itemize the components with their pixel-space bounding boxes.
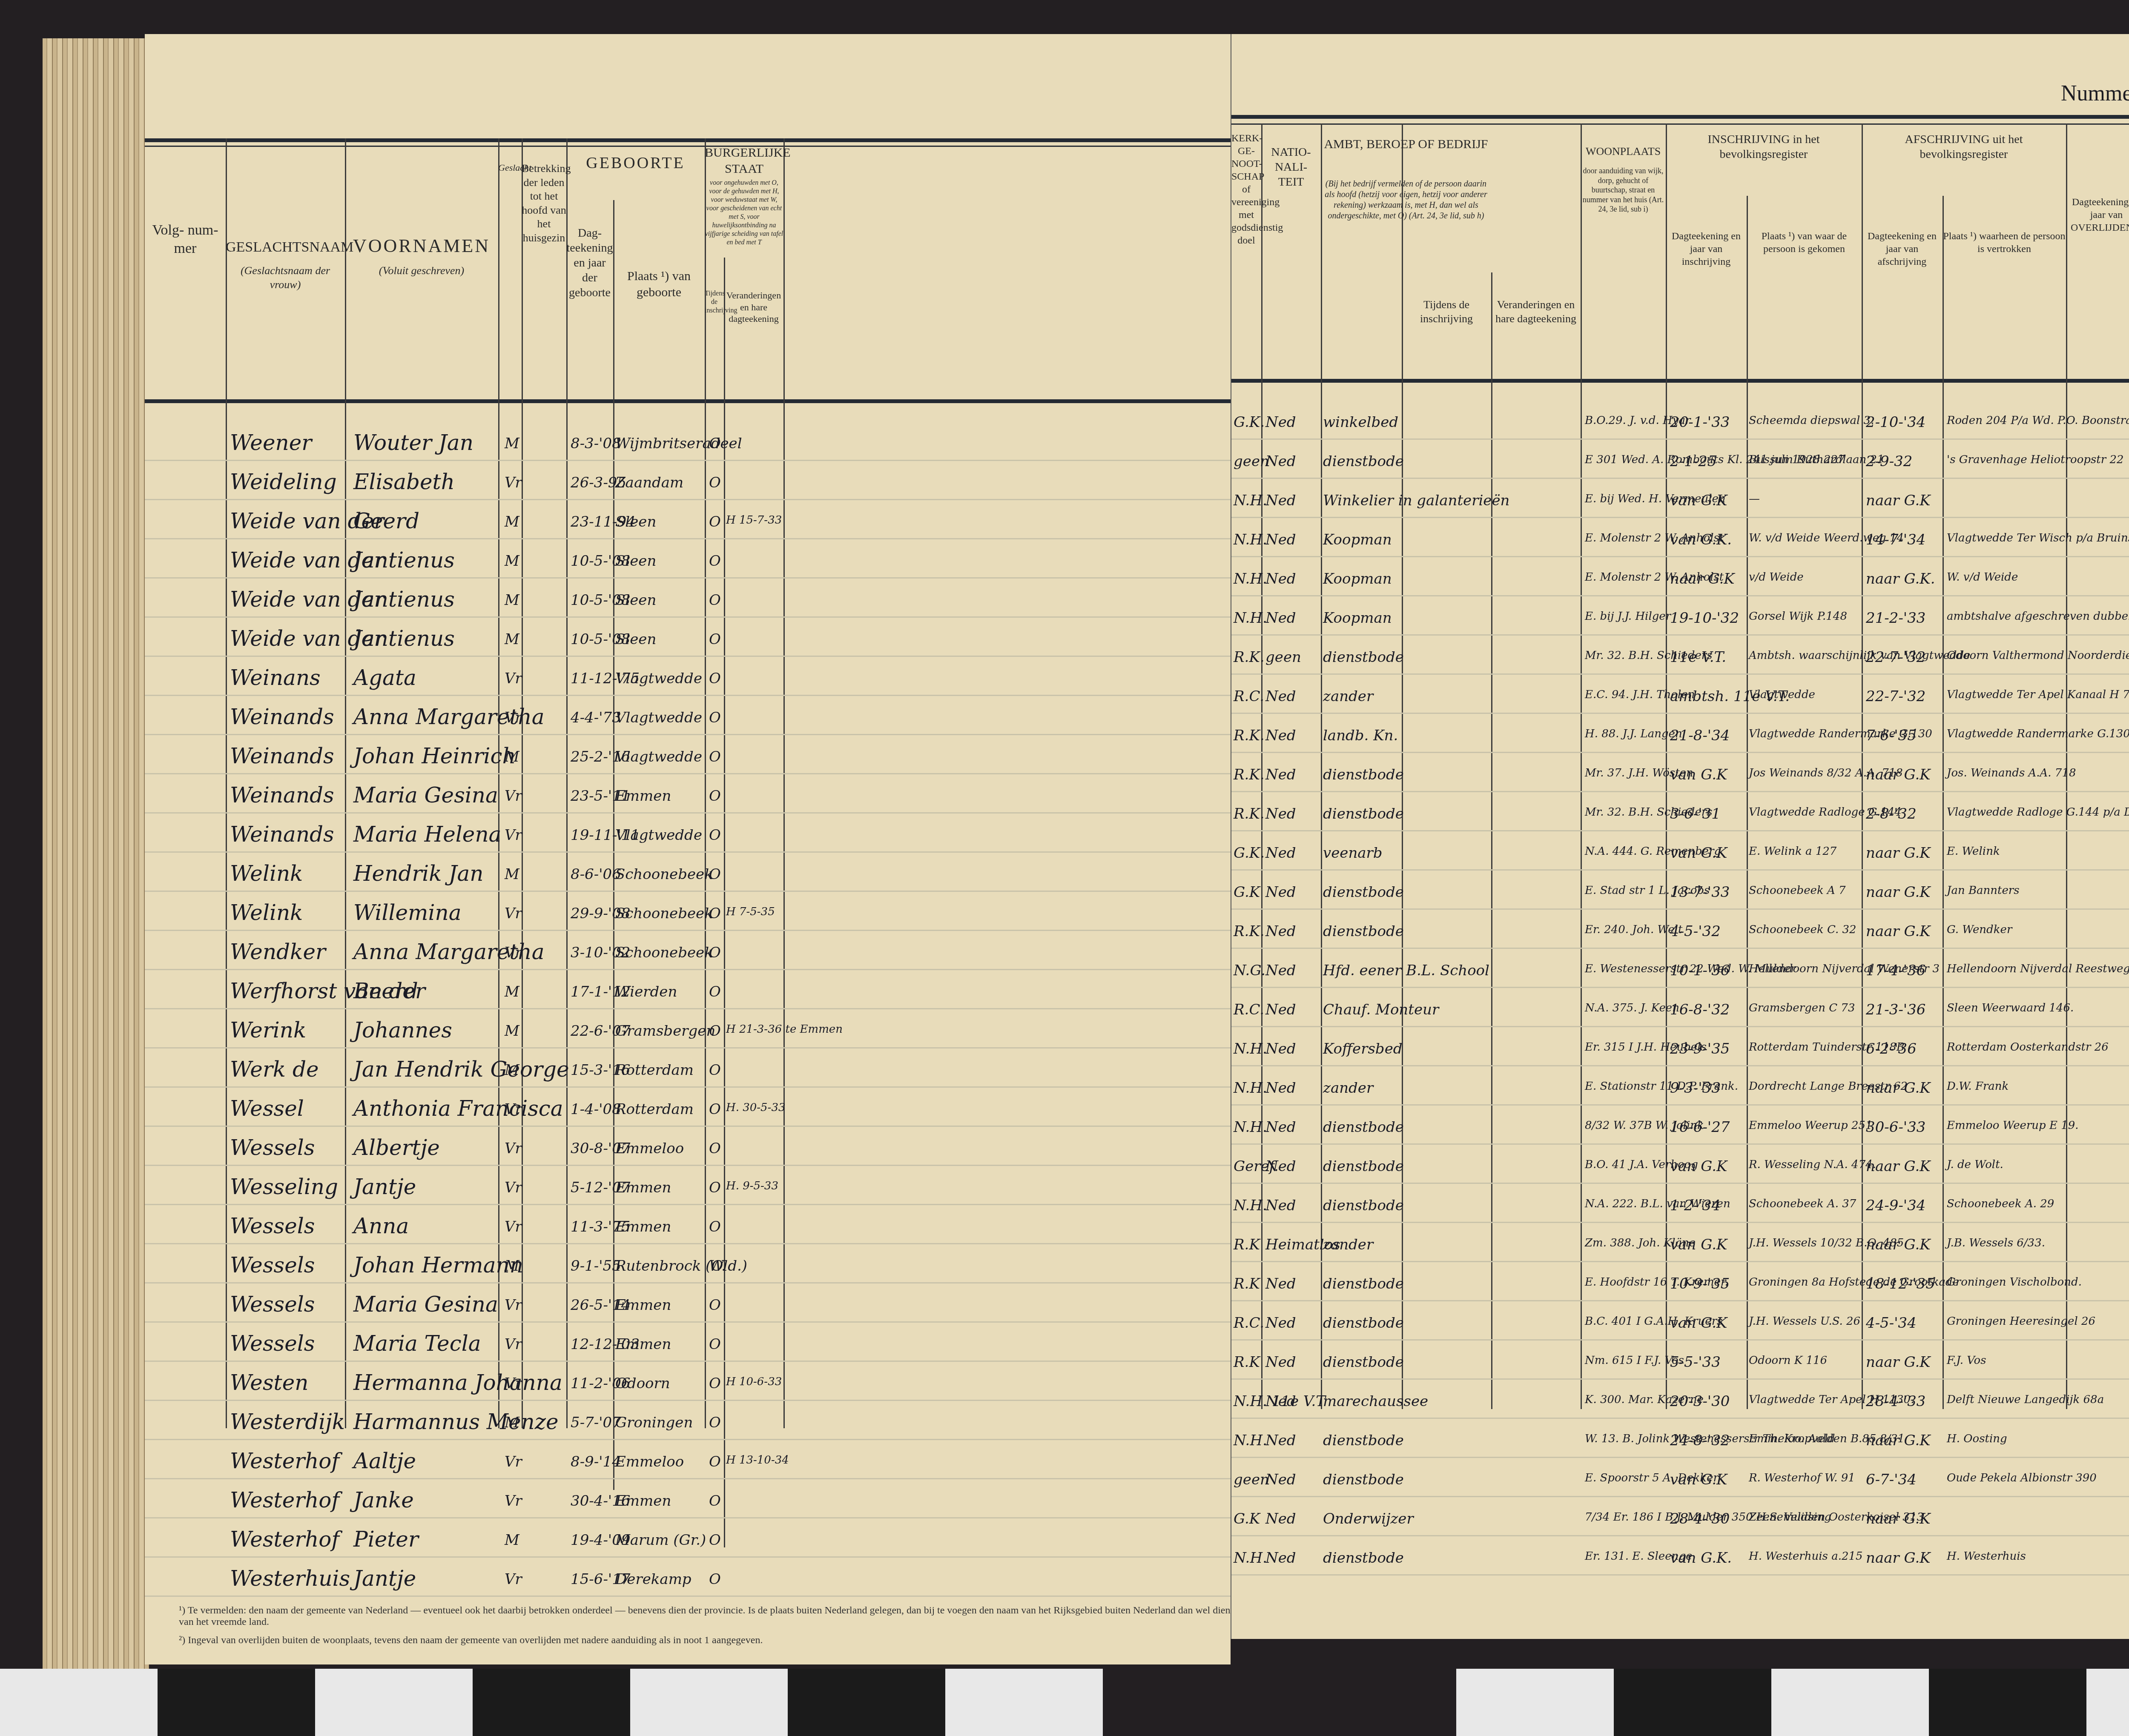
- cell-out-date: 2-8-'32: [1866, 807, 1917, 821]
- cell-from: —: [1749, 493, 1760, 504]
- cell-to: W. v/d Weide: [1947, 572, 2018, 583]
- cell-civil: O: [709, 632, 721, 647]
- cell-birthplace: Schoonebeek: [615, 906, 713, 921]
- cell-sex: Vr: [505, 1572, 522, 1587]
- cell-civil: O: [709, 515, 721, 529]
- cell-surname: Weideling: [230, 471, 337, 493]
- col10-header: KERK- GE- NOOT- SCHAP of vereeniging met…: [1231, 132, 1261, 247]
- row-line: [1231, 673, 2129, 675]
- cell-civil-change: H 7-5-35: [726, 906, 775, 917]
- cell-birthplace: Sleen: [615, 554, 656, 568]
- row-line: [145, 851, 1231, 853]
- footnote-2: ²) Ingeval van overlijden buiten de woon…: [179, 1635, 763, 1646]
- cell-in-date: van G.K.: [1670, 1551, 1732, 1565]
- row-line: [145, 891, 1231, 892]
- cell-birthplace: Wijmbritseradeel: [615, 436, 742, 451]
- cell-in-date: van G.K: [1670, 1316, 1727, 1330]
- cell-civil: O: [709, 554, 721, 568]
- cell-sex: M: [505, 1259, 519, 1273]
- cell-in-date: van G.K: [1670, 846, 1727, 860]
- cell-given: Johannes: [353, 1020, 452, 1041]
- cell-birthplace: Sleen: [615, 515, 656, 529]
- cell-church: R.K: [1234, 1355, 1260, 1369]
- cell-given: Jantje: [353, 1176, 416, 1197]
- cell-occupation: dienstbode: [1323, 885, 1404, 900]
- cell-church: R.C.: [1234, 1316, 1264, 1330]
- cell-civil: O: [709, 593, 721, 607]
- col-divider: [345, 138, 346, 1428]
- cell-occupation: dienstbode: [1323, 454, 1404, 469]
- cell-birthplace: Schoonebeek: [615, 867, 713, 882]
- cell-occupation: dienstbode: [1323, 807, 1404, 821]
- cell-out-date: 2-10-'34: [1866, 415, 1925, 430]
- cell-in-date: van G.K: [1670, 493, 1727, 508]
- cell-to: Roden 204 P/a Wd. P.O. Boonstra: [1947, 415, 2129, 426]
- cell-occupation: zander: [1323, 1238, 1373, 1252]
- cell-surname: Weinands: [230, 706, 334, 728]
- cell-occupation: dienstbode: [1323, 924, 1404, 939]
- col2-header: GESLACHTSNAAM: [226, 238, 345, 257]
- cell-church: N.G.: [1234, 963, 1265, 978]
- cell-sex: Vr: [505, 1141, 522, 1156]
- row-line: [145, 1282, 1231, 1283]
- cell-nat: Ned: [1265, 533, 1296, 547]
- row-line: [1231, 1535, 2129, 1536]
- cell-in-date: 4-5-'32: [1670, 924, 1721, 939]
- row-line: [1231, 1574, 2129, 1576]
- cell-civil: O: [709, 1102, 721, 1117]
- cell-out-date: naar G.K: [1866, 768, 1931, 782]
- cell-sex: M: [505, 1063, 519, 1077]
- col1-header: Volg- num- mer: [145, 221, 226, 258]
- row-line: [1231, 987, 2129, 988]
- col14-subheader: door aanduiding van wijk, dorp, gehucht …: [1581, 166, 1666, 214]
- cell-civil-change: H 15-7-33: [726, 515, 782, 526]
- row-line: [1231, 1378, 2129, 1380]
- cell-to: Vlagtwedde Ter Wisch p/a Bruins: [1947, 533, 2129, 544]
- row-line: [1231, 1143, 2129, 1145]
- cell-nat: Ned: [1265, 963, 1296, 978]
- cell-nat: Ned: [1265, 1277, 1296, 1291]
- cell-civil-change: H 21-3-36 te Emmen: [726, 1024, 843, 1035]
- cell-given: Maria Tecla: [353, 1333, 481, 1354]
- row-line: [145, 734, 1231, 735]
- cell-birthplace: Emmeloo: [615, 1455, 684, 1469]
- cell-out-date: naar G.K: [1866, 1433, 1931, 1448]
- cell-church: N.H.: [1234, 493, 1267, 508]
- cell-nat: Ned: [1265, 572, 1296, 586]
- col8-header: Tijdens de inschrijving: [705, 289, 724, 315]
- cell-out-date: 4-5-'34: [1866, 1316, 1917, 1330]
- cell-civil: O: [709, 1455, 721, 1469]
- cell-sex: M: [505, 985, 519, 999]
- cell-occupation: zander: [1323, 1081, 1373, 1095]
- cell-sex: M: [505, 867, 519, 882]
- cell-given: Elisabeth: [353, 471, 455, 493]
- cell-birthplace: Sleen: [615, 632, 656, 647]
- cell-occupation: zander: [1323, 689, 1373, 704]
- cell-given: Agata: [353, 667, 416, 688]
- cell-born: 1-4-'08: [571, 1102, 621, 1117]
- cell-birthplace: Emmeloo: [615, 1141, 684, 1156]
- cell-surname: Wessel: [230, 1098, 304, 1119]
- cell-out-date: naar G.K: [1866, 493, 1931, 508]
- cell-civil-change: H. 30-5-33: [726, 1102, 785, 1113]
- cell-birthplace: Emmen: [615, 1298, 671, 1312]
- row-line: [145, 1165, 1231, 1166]
- cell-from: Gramsbergen C 73: [1749, 1003, 1855, 1014]
- row-line: [1231, 830, 2129, 831]
- cell-out-date: naar G.K: [1866, 885, 1931, 900]
- cell-civil: O: [709, 1494, 721, 1508]
- col-divider: [1862, 123, 1863, 1409]
- cell-given: Janke: [353, 1490, 414, 1511]
- cell-church: R.K: [1234, 1238, 1260, 1252]
- cell-from: Odoorn K 116: [1749, 1355, 1827, 1366]
- row-line: [1231, 1457, 2129, 1458]
- row-line: [1231, 556, 2129, 557]
- cell-surname: Wessels: [230, 1333, 315, 1354]
- cell-occupation: veenarb: [1323, 846, 1383, 860]
- cell-in-date: 10-1-'36: [1670, 963, 1730, 978]
- cell-sex: Vr: [505, 828, 522, 842]
- cell-to: J. de Wolt.: [1947, 1159, 2003, 1170]
- cell-from: Ambtsh. waarschijnlijk van Vlagtwedde: [1749, 650, 1971, 661]
- cell-in-date: van G.K: [1670, 1472, 1727, 1487]
- cell-in-date: 16-8-'32: [1670, 1003, 1730, 1017]
- col-divider: [498, 138, 499, 1428]
- col-divider: [1581, 123, 1582, 1409]
- cell-in-date: 23-9-'35: [1670, 1042, 1730, 1056]
- cell-in-date: 20-3-'30: [1670, 1394, 1730, 1409]
- row-line: [145, 1321, 1231, 1323]
- cell-to: ambtshalve afgeschreven dubbel in bevolk…: [1947, 611, 2129, 622]
- cell-to: Groningen Heeresingel 26: [1947, 1316, 2095, 1327]
- row-line: [145, 773, 1231, 774]
- cell-in-date: 3-6-'31: [1670, 807, 1721, 821]
- col12-header: Tijdens de inschrijving: [1402, 298, 1491, 326]
- cell-sex: M: [505, 750, 519, 764]
- cell-occupation: dienstbode: [1323, 1316, 1404, 1330]
- cell-church: N.H.: [1234, 611, 1267, 625]
- calibration-scale-left: [0, 1669, 1103, 1736]
- row-line: [1231, 869, 2129, 871]
- cell-nat: Ned: [1265, 415, 1296, 430]
- cell-out-date: 24-9-'34: [1866, 1198, 1925, 1213]
- cell-from: Schoonebeek A. 37: [1749, 1198, 1856, 1209]
- book-page-edges: [43, 38, 149, 1669]
- cell-to: Delft Nieuwe Langedijk 68a: [1947, 1394, 2104, 1405]
- calibration-scale-right: [1456, 1669, 2129, 1736]
- cell-birthplace: Sleen: [615, 593, 656, 607]
- cell-to: F.J. Vos: [1947, 1355, 1986, 1366]
- cell-civil: O: [709, 945, 721, 960]
- cell-from: Gorsel Wijk P.148: [1749, 611, 1847, 622]
- cell-from: Bussum Ruthardlaan 21: [1749, 454, 1884, 465]
- cell-civil: O: [709, 750, 721, 764]
- cell-civil: O: [709, 1141, 721, 1156]
- cell-born: 8-3-'08: [571, 436, 621, 451]
- cell-sex: Vr: [505, 1180, 522, 1195]
- row-line: [145, 538, 1231, 539]
- cell-nat: Ned: [1265, 454, 1296, 469]
- cell-in-date: 11e V.T.: [1670, 650, 1726, 665]
- row-line: [145, 1126, 1231, 1127]
- cell-born: 5-7-'07: [571, 1415, 621, 1430]
- cell-out-date: 30-6-'33: [1866, 1120, 1925, 1134]
- col9-header: Veranderingen en hare dagteekening: [724, 289, 783, 325]
- cell-surname: Weinands: [230, 785, 334, 806]
- cell-born: 4-4-'73: [571, 710, 621, 725]
- row-line: [1231, 1026, 2129, 1027]
- cell-sex: M: [505, 1415, 519, 1430]
- cell-birthplace: Emmen: [615, 1337, 671, 1352]
- header-top-rule: [145, 138, 1231, 142]
- cell-out-date: 6-2-'36: [1866, 1042, 1917, 1056]
- col-divider: [783, 138, 785, 1428]
- cell-from: R. Wesseling N.A. 474.: [1749, 1159, 1876, 1170]
- cell-surname: Weener: [230, 432, 312, 453]
- row-line: [145, 1243, 1231, 1244]
- cell-nat: Ned: [1265, 611, 1296, 625]
- row-line: [145, 616, 1231, 618]
- cell-nat: Ned: [1265, 1316, 1296, 1330]
- cell-to: Jan Bannters: [1947, 885, 2020, 896]
- row-line: [145, 1517, 1231, 1518]
- cell-surname: Westerhof: [230, 1529, 339, 1550]
- cell-occupation: dienstbode: [1323, 1159, 1404, 1174]
- cell-out-date: naar G.K: [1866, 1355, 1931, 1369]
- cell-given: Johan Hermann: [353, 1255, 523, 1276]
- cell-sex: Vr: [505, 1337, 522, 1352]
- col17-header: Dagteekening en jaar van afschrijving: [1862, 230, 1942, 268]
- cell-given: Jantje: [353, 1568, 416, 1589]
- row-line: [145, 812, 1231, 814]
- cell-birthplace: Vlagtwedde: [615, 750, 702, 764]
- footnote-1: ¹) Te vermelden: den naam der gemeente v…: [179, 1605, 1231, 1628]
- cell-nat: Ned: [1265, 493, 1296, 508]
- cell-surname: Wessels: [230, 1294, 315, 1315]
- cell-occupation: dienstbode: [1323, 1433, 1404, 1448]
- row-line: [1231, 634, 2129, 636]
- cell-from: E. Welink a 127: [1749, 846, 1836, 857]
- cell-nat: Ned: [1265, 1512, 1296, 1526]
- cell-given: Albertje: [353, 1137, 440, 1158]
- cell-occupation: Koopman: [1323, 533, 1392, 547]
- row-line: [145, 969, 1231, 970]
- cell-to: Vlagtwedde Radloge G.144 p/a De Breuil A…: [1947, 807, 2129, 818]
- row-line: [1231, 1183, 2129, 1184]
- cell-occupation: dienstbode: [1323, 1551, 1404, 1565]
- cell-in-date: 24-8-'32: [1670, 1433, 1730, 1448]
- cell-civil: O: [709, 828, 721, 842]
- cell-surname: Werk de: [230, 1059, 319, 1080]
- row-line: [145, 656, 1231, 657]
- cell-surname: Westerdijk: [230, 1411, 345, 1432]
- row-line: [1231, 1339, 2129, 1341]
- header-top-rule-thin: [145, 146, 1231, 147]
- cell-out-date: 7-6-'35: [1866, 728, 1917, 743]
- cell-to: Odoorn Valthermond Noorderdiep: [1947, 650, 2129, 661]
- cell-church: R.K.: [1234, 807, 1265, 821]
- row-line: [1231, 908, 2129, 910]
- row-line: [1231, 1496, 2129, 1497]
- cell-birthplace: Emmen: [615, 1494, 671, 1508]
- col6-header: Dag- teekening en jaar der geboorte: [566, 226, 613, 300]
- cell-out-date: naar G.K: [1866, 924, 1931, 939]
- row-line: [145, 1086, 1231, 1088]
- cell-out-date: 28-4-'33: [1866, 1394, 1925, 1409]
- cell-occupation: Winkelier in galanterieën: [1323, 493, 1509, 508]
- row-line: [1231, 791, 2129, 792]
- cell-out-date: naar G.K: [1866, 1238, 1931, 1252]
- cell-surname: Wessels: [230, 1137, 315, 1158]
- cell-church: N.H.: [1234, 1551, 1267, 1565]
- cell-sex: Vr: [505, 476, 522, 490]
- col16-header: Plaats ¹) van waar de persoon is gekomen: [1747, 230, 1862, 255]
- row-line: [1231, 1104, 2129, 1106]
- ambt-note: (Bij het bedrijf vermelden of de persoon…: [1321, 179, 1491, 221]
- cell-civil: O: [709, 985, 721, 999]
- cell-occupation: dienstbode: [1323, 1355, 1404, 1369]
- col3-subheader: (Voluit geschreven): [345, 264, 498, 278]
- cell-occupation: Hfd. eener B.L. School: [1323, 963, 1489, 978]
- cell-from: Emmeloo Weerup 251: [1749, 1120, 1873, 1131]
- cell-in-date: 13-7-'33: [1670, 885, 1730, 900]
- cell-civil: O: [709, 1572, 721, 1587]
- cell-occupation: dienstbode: [1323, 1120, 1404, 1134]
- cell-nat: Ned: [1265, 1551, 1296, 1565]
- row-line: [1231, 517, 2129, 518]
- cell-church: R.C.: [1234, 689, 1264, 704]
- cell-from: Scheemda diepswal 3.: [1749, 415, 1874, 426]
- cell-nat: Ned: [1265, 1042, 1296, 1056]
- cell-nat: Ned: [1265, 1433, 1296, 1448]
- cell-from: R. Westerhof W. 91: [1749, 1472, 1855, 1484]
- cell-nat: Ned: [1265, 1081, 1296, 1095]
- cell-in-date: 9-3-'33: [1670, 1081, 1721, 1095]
- col18-header: Plaats ¹) waarheen de persoon is vertrok…: [1942, 230, 2066, 255]
- col3-header: VOORNAMEN: [345, 234, 498, 258]
- cell-sex: Vr: [505, 1298, 522, 1312]
- cell-given: Willemina: [353, 902, 462, 923]
- cell-civil-change: H 10-6-33: [726, 1376, 782, 1387]
- cell-to: 's Gravenhage Heliotroopstr 22: [1947, 454, 2124, 465]
- col2-subheader: (Geslachtsnaam der vrouw): [226, 264, 345, 292]
- cell-given: Maria Gesina: [353, 785, 498, 806]
- cell-birthplace: Rotterdam: [615, 1063, 694, 1077]
- cell-surname: Weinands: [230, 824, 334, 845]
- cell-church: geen: [1234, 1472, 1269, 1487]
- cell-birthplace: Wierden: [615, 985, 677, 999]
- cell-given: Wouter Jan: [353, 432, 473, 453]
- cell-church: G.K.: [1234, 415, 1265, 430]
- cell-surname: Weinans: [230, 667, 321, 688]
- col-divider: [226, 138, 227, 1428]
- cell-occupation: landb. Kn.: [1323, 728, 1398, 743]
- cell-in-date: van G.K.: [1670, 533, 1732, 547]
- row-line: [145, 499, 1231, 500]
- cell-surname: Wessels: [230, 1255, 315, 1276]
- row-line: [145, 930, 1231, 931]
- cell-sex: M: [505, 554, 519, 568]
- cell-sex: M: [505, 1533, 519, 1547]
- col-divider: [1321, 123, 1322, 1409]
- cell-sex: Vr: [505, 789, 522, 803]
- cell-occupation: dienstbode: [1323, 1472, 1404, 1487]
- cell-sex: Vr: [505, 1220, 522, 1234]
- cell-given: Hendrik Jan: [353, 863, 484, 884]
- cell-church: R.K.: [1234, 768, 1265, 782]
- cell-nat: Ned: [1265, 1472, 1296, 1487]
- row-line: [1231, 752, 2129, 753]
- cell-in-date: naar G.K: [1670, 572, 1735, 586]
- cell-church: N.H.: [1234, 1198, 1267, 1213]
- row-line: [145, 1008, 1231, 1009]
- cell-from: H. Westerhuis a.215: [1749, 1551, 1863, 1562]
- cell-civil: O: [709, 1298, 721, 1312]
- cell-given: Johan Heinrich: [353, 745, 516, 767]
- cell-in-date: van G.K: [1670, 768, 1727, 782]
- row-line: [145, 1439, 1231, 1440]
- burgerlijke-staat-note: voor ongehuwden met O, voor de gehuwden …: [705, 179, 783, 247]
- cell-in-date: 5-5-'33: [1670, 1355, 1721, 1369]
- cell-address: Nm. 615 I F.J. Vos: [1585, 1355, 1684, 1366]
- cell-surname: Wendker: [230, 941, 326, 963]
- cell-sex: Vr: [505, 906, 522, 921]
- cell-nat: Ned: [1265, 1120, 1296, 1134]
- cell-nat: Ned: [1265, 1003, 1296, 1017]
- cell-church: R.K.: [1234, 728, 1265, 743]
- cell-church: R.K.: [1234, 650, 1265, 665]
- cell-surname: Wesseling: [230, 1176, 338, 1197]
- cell-civil: O: [709, 1220, 721, 1234]
- col13-header: Veranderingen en hare dagteekening: [1491, 298, 1581, 326]
- cell-in-date: 2-1-25: [1670, 454, 1717, 469]
- row-line: [145, 577, 1231, 579]
- cell-to: Schoonebeek A. 29: [1947, 1198, 2054, 1209]
- cell-from: v/d Weide: [1749, 572, 1804, 583]
- cell-address: H. 88. J.J. Langen: [1585, 728, 1682, 739]
- cell-civil-change: H 13-10-34: [726, 1455, 789, 1466]
- cell-born: 8-9-'14: [571, 1455, 621, 1469]
- cell-sex: M: [505, 632, 519, 647]
- cell-civil: O: [709, 436, 721, 451]
- cell-given: Jantienus: [353, 628, 455, 649]
- cell-out-date: 22-7-'32: [1866, 650, 1925, 665]
- cell-civil: O: [709, 1415, 721, 1430]
- cell-sex: Vr: [505, 710, 522, 725]
- cell-to: D.W. Frank: [1947, 1081, 2008, 1092]
- page-number-label: Nummer van het blad: [2061, 81, 2129, 106]
- cell-to: Vlagtwedde Ter Apel Kanaal H 704 J. Brun…: [1947, 689, 2129, 700]
- row-line: [1231, 595, 2129, 596]
- row-line: [1231, 478, 2129, 479]
- row-line: [145, 1400, 1231, 1401]
- cell-birthplace: Schoonebeek: [615, 945, 713, 960]
- cell-address: N.A. 375. J. Keen: [1585, 1003, 1679, 1014]
- cell-out-date: 14-7-'34: [1866, 533, 1925, 547]
- cell-occupation: Onderwijzer: [1323, 1512, 1414, 1526]
- col-divider: [1942, 196, 1944, 1409]
- col-divider: [2066, 123, 2067, 1409]
- cell-civil: O: [709, 789, 721, 803]
- cell-surname: Westerhof: [230, 1490, 339, 1511]
- cell-church: N.H.: [1234, 1120, 1267, 1134]
- cell-civil: O: [709, 1533, 721, 1547]
- cell-civil: O: [709, 867, 721, 882]
- cell-sex: Vr: [505, 1376, 522, 1391]
